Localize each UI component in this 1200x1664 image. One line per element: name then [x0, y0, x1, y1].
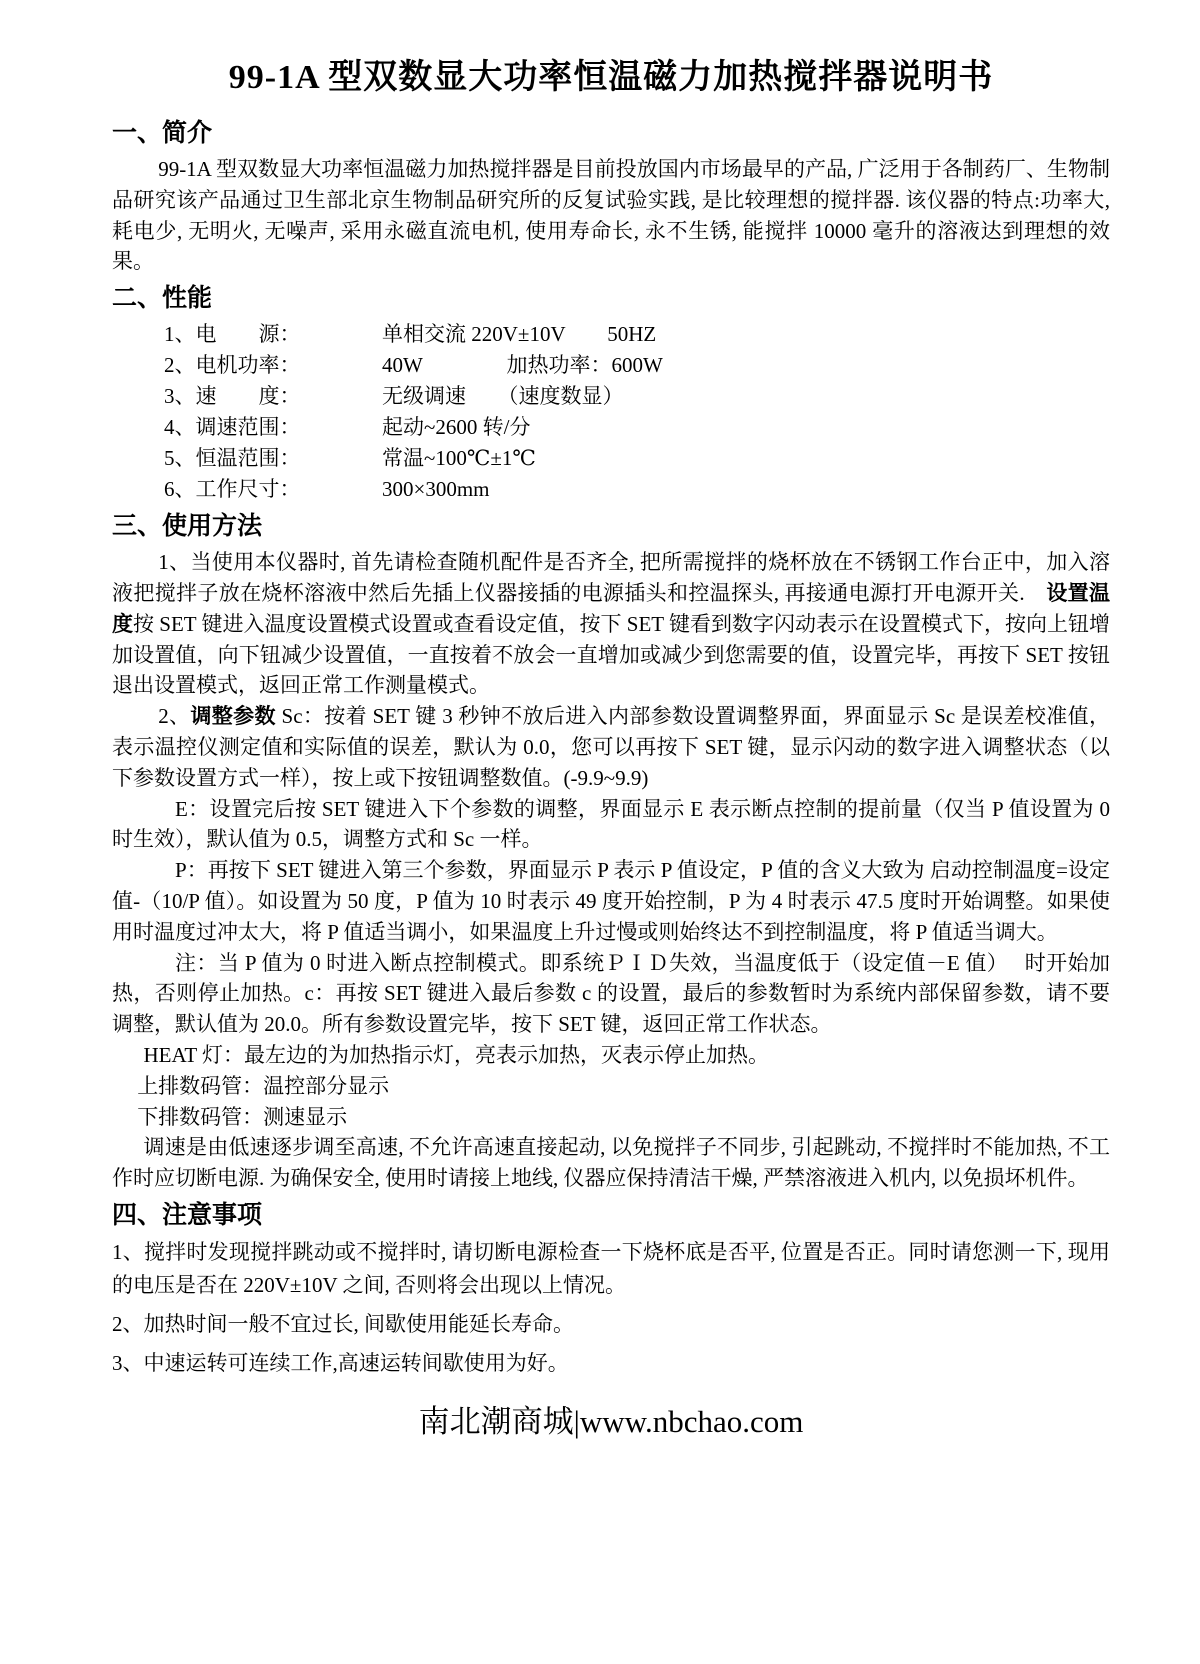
performance-list: 1、电 源： 单相交流 220V±10V 50HZ 2、电机功率： 40W 加热…: [164, 319, 1110, 505]
usage-paragraph-heat-lamp: HEAT 灯：最左边的为加热指示灯，亮表示加热，灭表示停止加热。: [112, 1040, 1110, 1071]
footer-site-name: 南北潮商城|www.nbchao.com: [112, 1402, 1110, 1442]
performance-label: 5、恒温范围：: [164, 443, 382, 474]
usage-paragraph-1-pre: 1、当使用本仪器时, 首先请检查随机配件是否齐全, 把所需搅拌的烧杯放在不锈钢工…: [112, 550, 1110, 605]
performance-label: 4、调速范围：: [164, 412, 382, 443]
usage-paragraph-1: 1、当使用本仪器时, 首先请检查随机配件是否齐全, 把所需搅拌的烧杯放在不锈钢工…: [112, 547, 1110, 701]
performance-item-motor: 2、电机功率： 40W 加热功率：600W: [164, 350, 1110, 381]
performance-item-speed-range: 4、调速范围： 起动~2600 转/分: [164, 412, 1110, 443]
usage-paragraph-upper-display: 上排数码管：温控部分显示: [112, 1071, 1110, 1102]
section-heading-notes: 四、注意事项: [112, 1198, 1110, 1232]
usage-paragraph-lower-display: 下排数码管：测速显示: [112, 1102, 1110, 1133]
performance-item-work-size: 6、工作尺寸： 300×300mm: [164, 474, 1110, 505]
performance-label: 3、速 度：: [164, 381, 382, 412]
usage-paragraph-2: 2、调整参数 Sc：按着 SET 键 3 秒钟不放后进入内部参数设置调整界面，界…: [112, 701, 1110, 793]
usage-paragraph-2-pre: 2、: [158, 704, 190, 728]
usage-paragraph-1-post: 按 SET 键进入温度设置模式设置或查看设定值，按下 SET 键看到数字闪动表示…: [112, 612, 1110, 698]
performance-item-speed: 3、速 度： 无级调速 （速度数显）: [164, 381, 1110, 412]
section-heading-performance: 二、性能: [112, 281, 1110, 315]
note-item-2: 2、加热时间一般不宜过长, 间歇使用能延长寿命。: [112, 1308, 1110, 1341]
performance-label: 2、电机功率：: [164, 350, 382, 381]
note-item-3: 3、中速运转可连续工作,高速运转间歇使用为好。: [112, 1347, 1110, 1380]
performance-value: 40W 加热功率：600W: [382, 350, 1110, 381]
performance-value: 常温~100℃±1℃: [382, 443, 1110, 474]
performance-value: 单相交流 220V±10V 50HZ: [382, 319, 1110, 350]
note-item-1: 1、搅拌时发现搅拌跳动或不搅拌时, 请切断电源检查一下烧杯底是否平, 位置是否正…: [112, 1236, 1110, 1302]
performance-item-power: 1、电 源： 单相交流 220V±10V 50HZ: [164, 319, 1110, 350]
performance-value: 无级调速 （速度数显）: [382, 381, 1110, 412]
performance-value: 起动~2600 转/分: [382, 412, 1110, 443]
document-title: 99-1A 型双数显大功率恒温磁力加热搅拌器说明书: [112, 56, 1110, 100]
usage-paragraph-p-param: P：再按下 SET 键进入第三个参数，界面显示 P 表示 P 值设定，P 值的含…: [112, 855, 1110, 947]
usage-paragraph-note: 注：当 P 值为 0 时进入断点控制模式。即系统ＰＩＤ失效，当温度低于（设定值－…: [112, 948, 1110, 1040]
performance-label: 1、电 源：: [164, 319, 382, 350]
performance-item-temp-range: 5、恒温范围： 常温~100℃±1℃: [164, 443, 1110, 474]
section-heading-usage: 三、使用方法: [112, 509, 1110, 543]
document-page: 99-1A 型双数显大功率恒温磁力加热搅拌器说明书 一、简介 99-1A 型双数…: [0, 0, 1200, 1442]
performance-value: 300×300mm: [382, 474, 1110, 505]
intro-paragraph: 99-1A 型双数显大功率恒温磁力加热搅拌器是目前投放国内市场最早的产品, 广泛…: [112, 154, 1110, 277]
section-heading-intro: 一、简介: [112, 116, 1110, 150]
usage-paragraph-e-param: E：设置完后按 SET 键进入下个参数的调整，界面显示 E 表示断点控制的提前量…: [112, 794, 1110, 856]
performance-label: 6、工作尺寸：: [164, 474, 382, 505]
usage-paragraph-2-bold-adjust-params: 调整参数: [190, 704, 276, 728]
usage-paragraph-speed-advice: 调速是由低速逐步调至高速, 不允许高速直接起动, 以免搅拌子不同步, 引起跳动,…: [112, 1132, 1110, 1194]
